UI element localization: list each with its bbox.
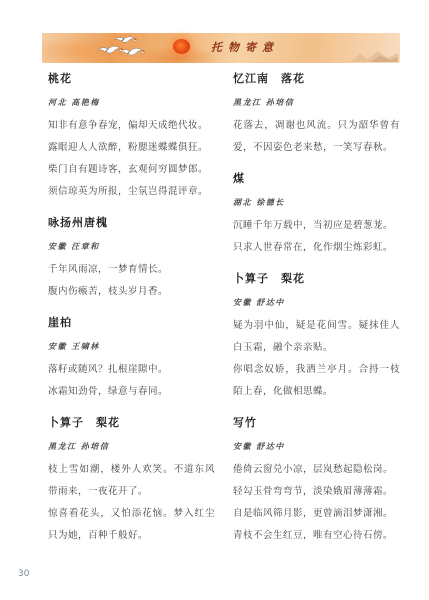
poem-verse: 须信琼英为所报，尘氛岂得混评章。 bbox=[48, 181, 215, 203]
poem-author: 河北 高艳梅 bbox=[48, 97, 215, 108]
poem-taohua: 桃花 河北 高艳梅 知非有意争春宠，偏却天成绝代妆。 露眼迎人人欲醉，粉腮迷蝶蝶… bbox=[48, 72, 215, 203]
chapter-banner: 托物寄意 bbox=[42, 33, 400, 63]
poem-verse: 露眼迎人人欲醉，粉腮迷蝶蝶俱狂。 bbox=[48, 137, 215, 159]
poem-author: 湖北 徐德长 bbox=[233, 197, 400, 208]
poem-xiezhu: 写竹 安徽 舒达中 倦倚云窗兑小凉，层岚愁起隐松岗。 轻勾玉骨弯弯节，淡染娥眉薄… bbox=[233, 416, 400, 547]
poem-title: 咏扬州唐槐 bbox=[48, 216, 215, 230]
poem-yangzhou-tanghuai: 咏扬州唐槐 安徽 汪章和 千年风雨凉，一梦育情长。 腹内伤瘢苦，枝头岁月香。 bbox=[48, 216, 215, 303]
sun-icon bbox=[173, 39, 190, 54]
poem-verse: 落籽或随风？扎根崖隙中。 bbox=[48, 359, 215, 381]
poem-author: 安徽 王啸林 bbox=[48, 341, 215, 352]
mountains-icon bbox=[350, 48, 398, 62]
poem-verse: 青枝不会生红豆，唯有空心待石傍。 bbox=[233, 525, 400, 547]
poem-yabai: 崖柏 安徽 王啸林 落籽或随风？扎根崖隙中。 冰霜知劲骨，绿意与春同。 bbox=[48, 316, 215, 403]
poem-verse: 知非有意争春宠，偏却天成绝代妆。 bbox=[48, 115, 215, 137]
poem-mei: 煤 湖北 徐德长 沉睡千年万载中，当初应是碧葱茏。 只求人世春常在，化作烟尘炼彩… bbox=[233, 172, 400, 259]
poem-title: 桃花 bbox=[48, 72, 215, 86]
poem-title: 崖柏 bbox=[48, 316, 215, 330]
poem-verse: 枝上雪如潮，楼外人欢笑。不道东风带雨来，一夜花开了。 bbox=[48, 459, 215, 503]
page-number: 30 bbox=[18, 569, 29, 579]
cranes-icon bbox=[94, 35, 154, 63]
poem-verse: 自是临风筛月影，更曾滴泪梦潇湘。 bbox=[233, 503, 400, 525]
right-column: 忆江南 落花 黑龙江 孙培信 花落去，凋谢也风流。只为韶华曾有爱，不因姿色老来愁… bbox=[233, 72, 400, 560]
poem-verse: 惊喜看花头，又怕添花恼。梦入红尘只为她，百种千般好。 bbox=[48, 503, 215, 547]
poem-author: 黑龙江 孙培信 bbox=[233, 97, 400, 108]
chapter-title: 托物寄意 bbox=[211, 41, 279, 55]
poem-verse: 沉睡千年万载中，当初应是碧葱茏。 bbox=[233, 215, 400, 237]
poem-verse: 只求人世春常在，化作烟尘炼彩虹。 bbox=[233, 237, 400, 259]
poem-verse: 千年风雨凉，一梦育情长。 bbox=[48, 259, 215, 281]
poem-author: 安徽 汪章和 bbox=[48, 241, 215, 252]
poem-verse: 你唱念奴娇，我洒兰亭月。合捋一枝陌上春，化做相思蝶。 bbox=[233, 359, 400, 403]
poem-verse: 花落去，凋谢也风流。只为韶华曾有爱，不因姿色老来愁，一笑写春秋。 bbox=[233, 115, 400, 159]
book-page: 托物寄意 桃花 河北 高艳梅 知非有意争春宠，偏却天成绝代妆。 露眼迎人人欲醉，… bbox=[0, 0, 429, 600]
left-column: 桃花 河北 高艳梅 知非有意争春宠，偏却天成绝代妆。 露眼迎人人欲醉，粉腮迷蝶蝶… bbox=[48, 72, 215, 560]
poems-area: 桃花 河北 高艳梅 知非有意争春宠，偏却天成绝代妆。 露眼迎人人欲醉，粉腮迷蝶蝶… bbox=[48, 72, 400, 560]
poem-verse: 倦倚云窗兑小凉，层岚愁起隐松岗。 bbox=[233, 459, 400, 481]
poem-author: 黑龙江 孙培信 bbox=[48, 441, 215, 452]
poem-title: 忆江南 落花 bbox=[233, 72, 400, 86]
poem-title: 煤 bbox=[233, 172, 400, 186]
poem-title: 写竹 bbox=[233, 416, 400, 430]
poem-busuanzi-lihua-right: 卜算子 梨花 安徽 舒达中 疑为羽中仙，疑是花间雪。疑抹佳人白玉霜，融个亲亲贴。… bbox=[233, 272, 400, 403]
poem-title: 卜算子 梨花 bbox=[233, 272, 400, 286]
poem-verse: 腹内伤瘢苦，枝头岁月香。 bbox=[48, 281, 215, 303]
poem-busuanzi-lihua-left: 卜算子 梨花 黑龙江 孙培信 枝上雪如潮，楼外人欢笑。不道东风带雨来，一夜花开了… bbox=[48, 416, 215, 547]
poem-yijiangnan-luohua: 忆江南 落花 黑龙江 孙培信 花落去，凋谢也风流。只为韶华曾有爱，不因姿色老来愁… bbox=[233, 72, 400, 159]
poem-verse: 轻勾玉骨弯弯节，淡染娥眉薄薄霜。 bbox=[233, 481, 400, 503]
poem-title: 卜算子 梨花 bbox=[48, 416, 215, 430]
poem-author: 安徽 舒达中 bbox=[233, 297, 400, 308]
poem-author: 安徽 舒达中 bbox=[233, 441, 400, 452]
poem-verse: 柴门自有题诗客，玄观何穷圆梦郎。 bbox=[48, 159, 215, 181]
poem-verse: 冰霜知劲骨，绿意与春同。 bbox=[48, 381, 215, 403]
poem-verse: 疑为羽中仙，疑是花间雪。疑抹佳人白玉霜，融个亲亲贴。 bbox=[233, 315, 400, 359]
